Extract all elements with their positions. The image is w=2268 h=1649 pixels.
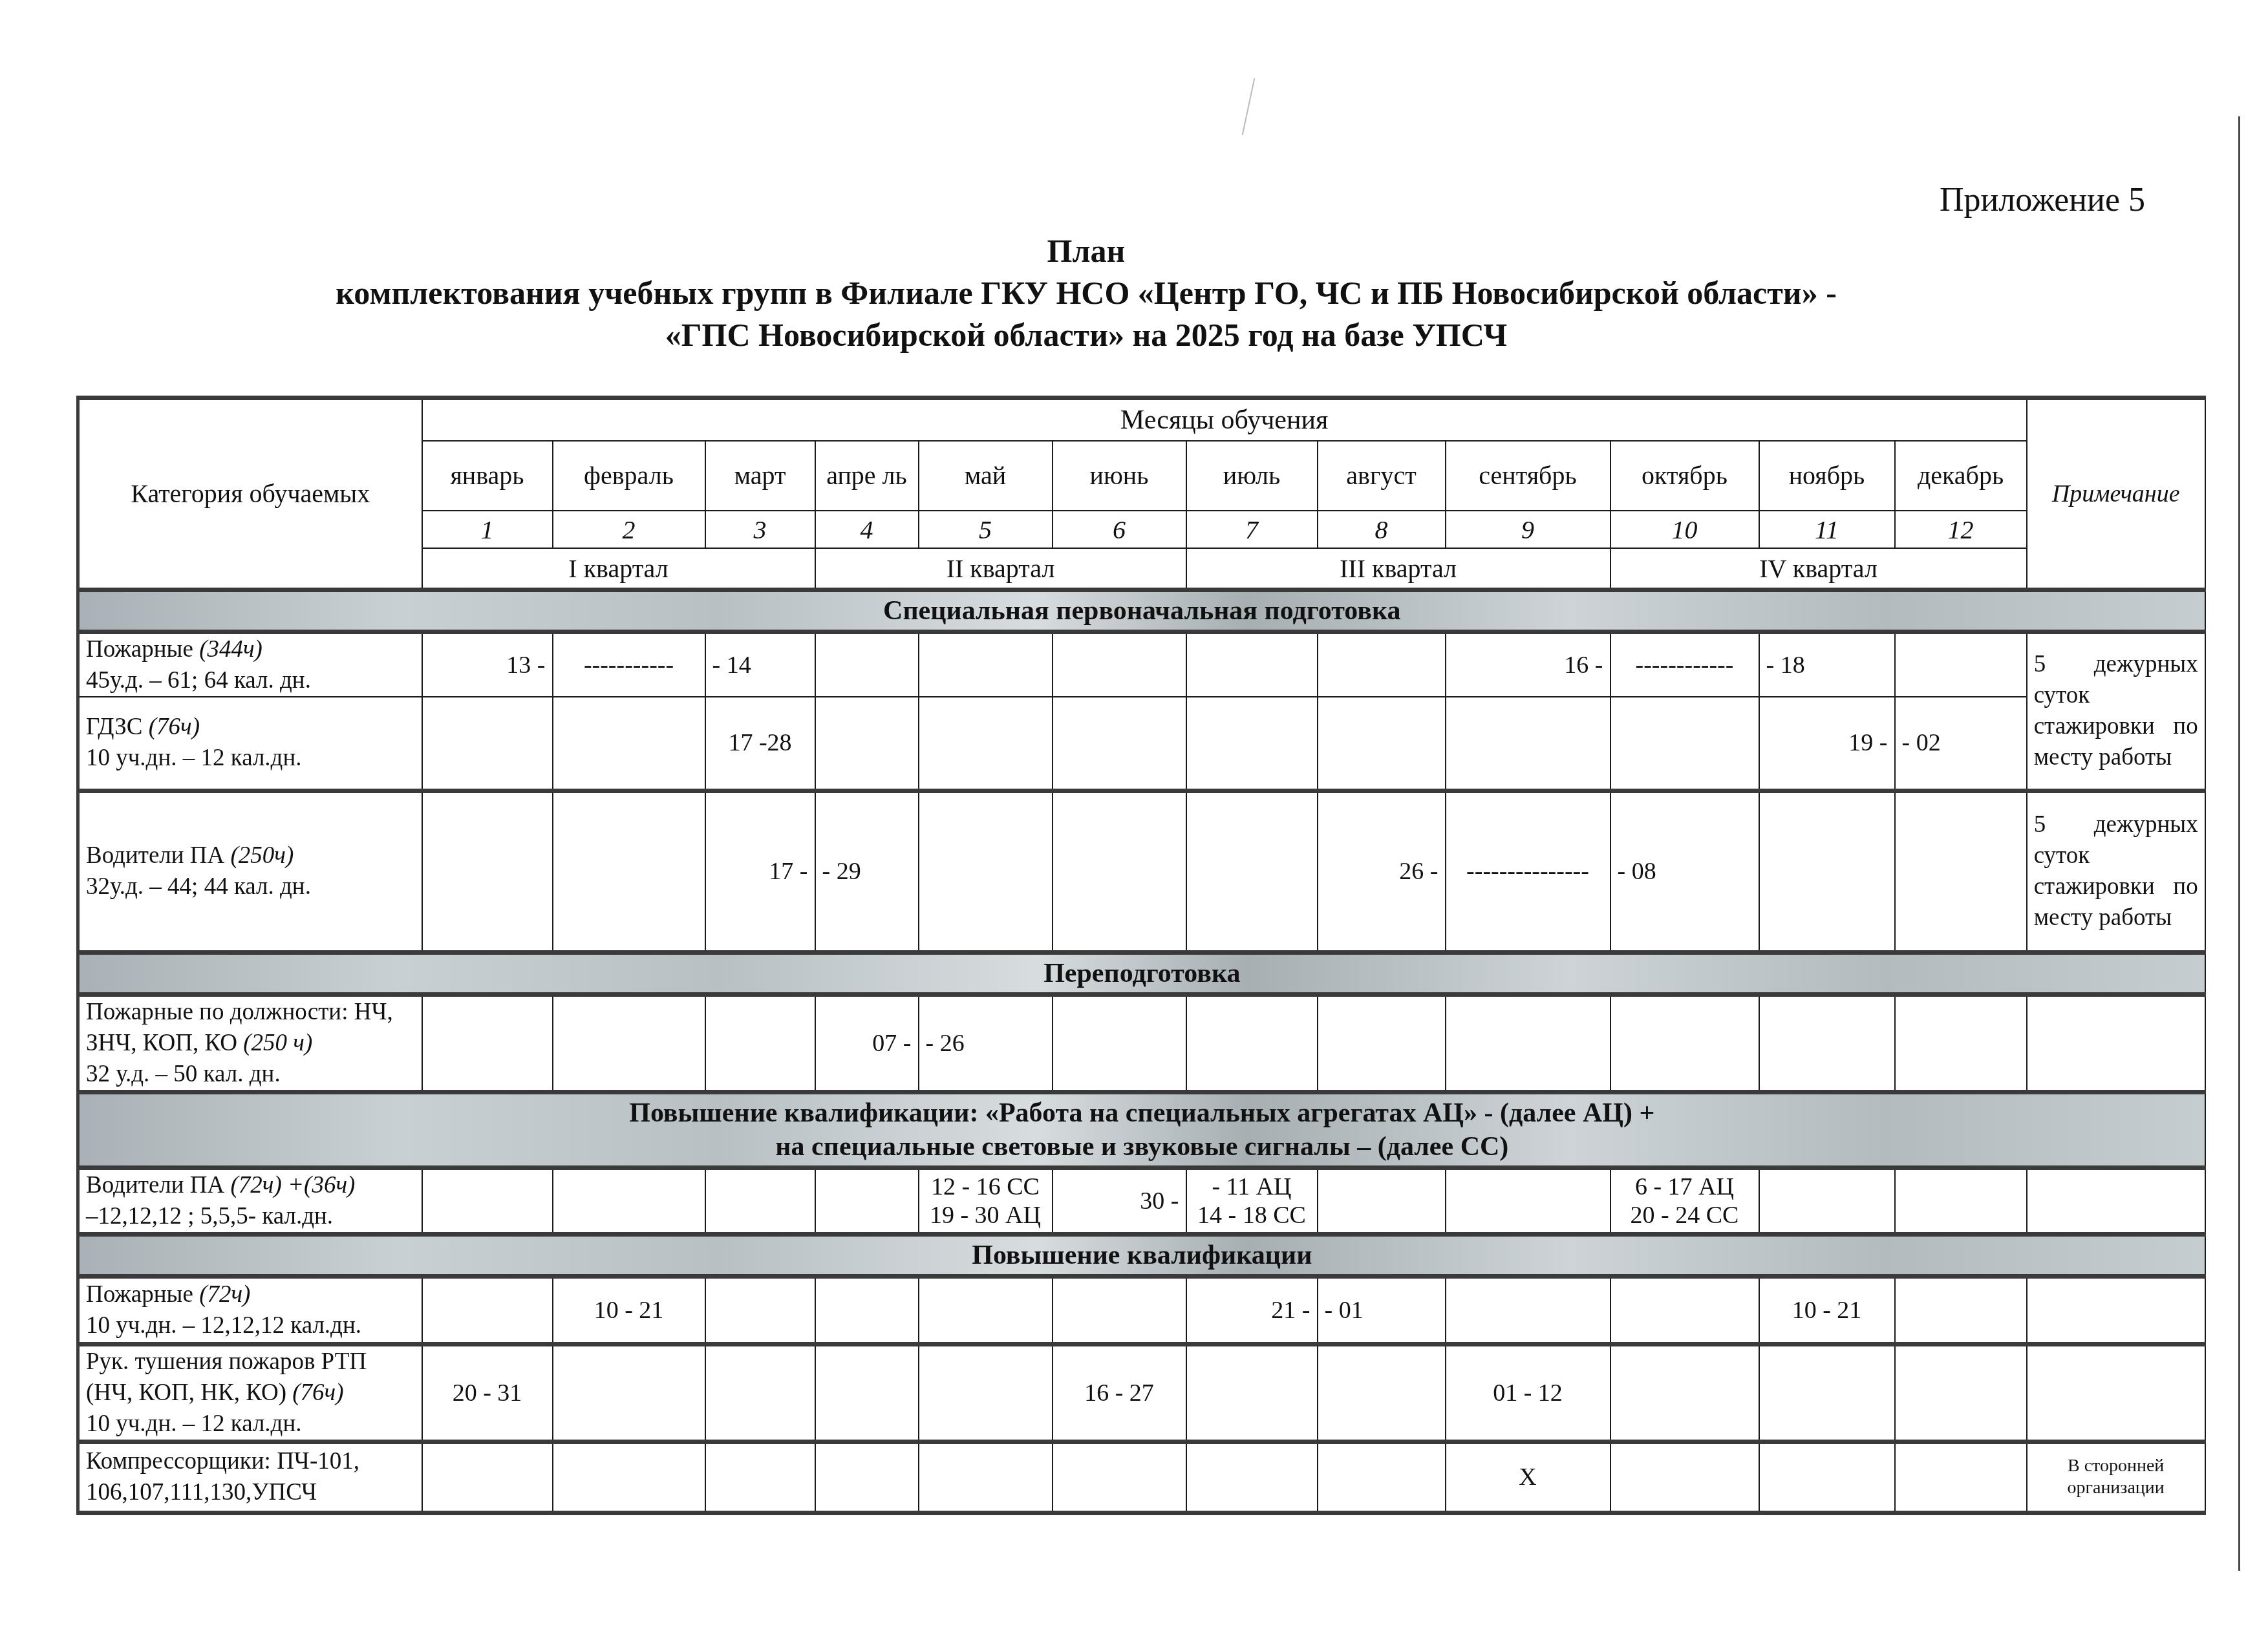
scan-artifact-line — [2238, 116, 2240, 1571]
month-header: январь — [422, 441, 553, 511]
month-cell — [1895, 1167, 2027, 1234]
category-cell: Пожарные (344ч)45у.д. – 61; 64 кал. дн. — [78, 632, 422, 697]
month-cell: Х — [1446, 1442, 1610, 1513]
category-details: 10 уч.дн. – 12 кал.дн. — [86, 745, 302, 771]
month-cell — [1895, 1276, 2027, 1344]
month-cell — [1610, 1276, 1759, 1344]
category-cell: Рук. тушения пожаров РТП (НЧ, КОП, НК, К… — [78, 1344, 422, 1442]
month-cell — [1053, 994, 1186, 1092]
month-cell: - 14 — [705, 632, 815, 697]
category-details: 10 уч.дн. – 12 кал.дн. — [86, 1410, 302, 1437]
table-row: Водители ПА (250ч)32у.д. – 44; 44 кал. д… — [78, 791, 2205, 952]
month-cell: ----------- — [553, 632, 705, 697]
month-cell: - 01 — [1318, 1276, 1446, 1344]
month-header: октябрь — [1610, 441, 1759, 511]
month-cell: - 08 — [1610, 791, 1759, 952]
table-row: Пожарные (72ч)10 уч.дн. – 12,12,12 кал.д… — [78, 1276, 2205, 1344]
doc-title: План — [84, 229, 2088, 272]
month-cell — [705, 1442, 815, 1513]
section-header-row: Специальная первоначальная подготовка — [78, 590, 2205, 632]
month-cell — [1186, 994, 1318, 1092]
category-details: 10 уч.дн. – 12,12,12 кал.дн. — [86, 1312, 361, 1339]
month-cell — [1895, 1442, 2027, 1513]
month-number: 4 — [815, 511, 919, 548]
category-details: –12,12,12 ; 5,5,5- кал.дн. — [86, 1203, 333, 1229]
month-header: ноябрь — [1759, 441, 1895, 511]
month-header: март — [705, 441, 815, 511]
quarter-label: II квартал — [815, 548, 1186, 590]
month-cell — [919, 791, 1053, 952]
month-number: 6 — [1053, 511, 1186, 548]
month-cell — [1053, 632, 1186, 697]
category-details: 32у.д. – 44; 44 кал. дн. — [86, 873, 311, 900]
month-cell — [815, 697, 919, 791]
month-cell — [919, 697, 1053, 791]
note-cell — [2027, 1167, 2205, 1234]
month-cell — [705, 994, 815, 1092]
month-cell — [1186, 697, 1318, 791]
category-details: 32 у.д. – 50 кал. дн. — [86, 1061, 281, 1087]
month-header: декабрь — [1895, 441, 2027, 511]
table-row: Компрессорщики: ПЧ-101, 106,107,111,130,… — [78, 1442, 2205, 1513]
month-cell — [1318, 994, 1446, 1092]
month-header: июнь — [1053, 441, 1186, 511]
month-cell — [553, 1344, 705, 1442]
category-hours: (250ч) — [231, 842, 294, 869]
month-cell — [1318, 1167, 1446, 1234]
month-cell: - 29 — [815, 791, 919, 952]
month-cell — [553, 1442, 705, 1513]
month-cell — [815, 632, 919, 697]
month-cell: 01 - 12 — [1446, 1344, 1610, 1442]
month-number: 5 — [919, 511, 1053, 548]
table-row: Пожарные (344ч)45у.д. – 61; 64 кал. дн.1… — [78, 632, 2205, 697]
month-cell — [1759, 1167, 1895, 1234]
quarter-label: I квартал — [422, 548, 815, 590]
month-number: 2 — [553, 511, 705, 548]
category-hours: (344ч) — [199, 636, 262, 663]
month-number: 9 — [1446, 511, 1610, 548]
note-cell: 5 дежурных суток стажировки по месту раб… — [2027, 791, 2205, 952]
month-cell — [1318, 697, 1446, 791]
section-header-row: Повышение квалификации: «Работа на специ… — [78, 1092, 2205, 1167]
month-cell: --------------- — [1446, 791, 1610, 952]
month-number: 1 — [422, 511, 553, 548]
month-header: апре ль — [815, 441, 919, 511]
month-header: август — [1318, 441, 1446, 511]
month-cell — [815, 1344, 919, 1442]
month-cell: 13 - — [422, 632, 553, 697]
month-cell: 17 -28 — [705, 697, 815, 791]
category-cell: ГДЗС (76ч)10 уч.дн. – 12 кал.дн. — [78, 697, 422, 791]
training-plan-table: Категория обучаемых Месяцы обучения Прим… — [76, 396, 2206, 1515]
month-cell — [1610, 1442, 1759, 1513]
month-cell: 12 - 16 СС19 - 30 АЦ — [919, 1167, 1053, 1234]
section-title-line: Повышение квалификации: «Работа на специ… — [86, 1096, 2198, 1130]
section-header-row: Переподготовка — [78, 952, 2205, 994]
category-name: Водители ПА — [86, 1172, 231, 1198]
category-name: ГДЗС — [86, 714, 149, 740]
section-title: Повышение квалификации: «Работа на специ… — [78, 1092, 2205, 1167]
scan-pencil-mark — [1242, 78, 1256, 135]
month-cell — [1186, 632, 1318, 697]
month-cell — [1053, 791, 1186, 952]
month-cell — [1759, 1442, 1895, 1513]
category-name: Компрессорщики: ПЧ-101, 106,107,111,130,… — [86, 1448, 359, 1505]
month-cell: - 26 — [919, 994, 1053, 1092]
quarter-label: III квартал — [1186, 548, 1610, 590]
month-cell — [1186, 1344, 1318, 1442]
month-cell — [1186, 791, 1318, 952]
quarter-label: IV квартал — [1610, 548, 2027, 590]
month-cell: 16 - — [1446, 632, 1610, 697]
month-number: 7 — [1186, 511, 1318, 548]
month-cell: - 02 — [1895, 697, 2027, 791]
month-cell — [422, 1442, 553, 1513]
month-cell — [815, 1167, 919, 1234]
month-number: 3 — [705, 511, 815, 548]
month-cell — [1318, 1442, 1446, 1513]
month-cell — [919, 1276, 1053, 1344]
month-cell — [422, 1276, 553, 1344]
category-cell: Компрессорщики: ПЧ-101, 106,107,111,130,… — [78, 1442, 422, 1513]
month-cell — [1759, 994, 1895, 1092]
month-cell: 30 - — [1053, 1167, 1186, 1234]
month-cell — [705, 1167, 815, 1234]
month-cell: 10 - 21 — [553, 1276, 705, 1344]
month-cell: 07 - — [815, 994, 919, 1092]
month-cell — [1318, 1344, 1446, 1442]
month-header: май — [919, 441, 1053, 511]
month-cell — [1610, 994, 1759, 1092]
section-title-line: на специальные световые и звуковые сигна… — [86, 1130, 2198, 1164]
month-cell — [815, 1442, 919, 1513]
month-cell — [1053, 1276, 1186, 1344]
month-cell — [919, 1344, 1053, 1442]
table-row: ГДЗС (76ч)10 уч.дн. – 12 кал.дн.17 -2819… — [78, 697, 2205, 791]
category-hours: (72ч) +(36ч) — [231, 1172, 356, 1198]
month-number: 12 — [1895, 511, 2027, 548]
month-cell — [1446, 1276, 1610, 1344]
month-number: 8 — [1318, 511, 1446, 548]
note-cell: В сторонней организации — [2027, 1442, 2205, 1513]
note-cell — [2027, 1344, 2205, 1442]
month-cell — [553, 697, 705, 791]
month-number: 11 — [1759, 511, 1895, 548]
section-title: Повышение квалификации — [78, 1234, 2205, 1276]
doc-subtitle-line2: «ГПС Новосибирской области» на 2025 год … — [84, 314, 2088, 356]
month-cell — [705, 1276, 815, 1344]
section-header-row: Повышение квалификации — [78, 1234, 2205, 1276]
months-caption: Месяцы обучения — [422, 398, 2027, 442]
month-cell — [1318, 632, 1446, 697]
month-cell — [1053, 697, 1186, 791]
month-cell: 26 - — [1318, 791, 1446, 952]
month-cell — [1446, 1167, 1610, 1234]
month-cell — [1186, 1442, 1318, 1513]
month-cell: 19 - — [1759, 697, 1895, 791]
month-cell — [919, 1442, 1053, 1513]
month-cell: - 11 АЦ14 - 18 СС — [1186, 1167, 1318, 1234]
month-cell — [1446, 697, 1610, 791]
table-row: Водители ПА (72ч) +(36ч)–12,12,12 ; 5,5,… — [78, 1167, 2205, 1234]
category-name: Пожарные — [86, 636, 199, 663]
month-cell — [1610, 697, 1759, 791]
month-cell — [1446, 994, 1610, 1092]
doc-subtitle-line1: комплектования учебных групп в Филиале Г… — [84, 271, 2088, 314]
month-cell — [815, 1276, 919, 1344]
month-cell — [919, 632, 1053, 697]
table-row: Рук. тушения пожаров РТП (НЧ, КОП, НК, К… — [78, 1344, 2205, 1442]
category-cell: Пожарные (72ч)10 уч.дн. – 12,12,12 кал.д… — [78, 1276, 422, 1344]
month-cell: 20 - 31 — [422, 1344, 553, 1442]
month-cell — [1895, 994, 2027, 1092]
month-cell — [1053, 1442, 1186, 1513]
month-cell: 6 - 17 АЦ20 - 24 СС — [1610, 1167, 1759, 1234]
category-hours: (76ч) — [149, 714, 200, 740]
month-cell: ------------ — [1610, 632, 1759, 697]
month-number: 10 — [1610, 511, 1759, 548]
table-row: Пожарные по должности: НЧ, ЗНЧ, КОП, КО … — [78, 994, 2205, 1092]
note-cell — [2027, 1276, 2205, 1344]
month-cell: 21 - — [1186, 1276, 1318, 1344]
month-cell: 10 - 21 — [1759, 1276, 1895, 1344]
month-cell — [1759, 1344, 1895, 1442]
category-details: 45у.д. – 61; 64 кал. дн. — [86, 667, 311, 694]
category-name: Водители ПА — [86, 842, 231, 869]
month-cell — [553, 791, 705, 952]
category-cell: Пожарные по должности: НЧ, ЗНЧ, КОП, КО … — [78, 994, 422, 1092]
month-header: сентябрь — [1446, 441, 1610, 511]
month-cell — [422, 1167, 553, 1234]
month-cell — [1610, 1344, 1759, 1442]
category-header: Категория обучаемых — [78, 398, 422, 590]
month-cell: 16 - 27 — [1053, 1344, 1186, 1442]
note-cell: 5 дежурных суток стажировки по месту раб… — [2027, 632, 2205, 791]
month-cell — [1895, 1344, 2027, 1442]
category-cell: Водители ПА (250ч)32у.д. – 44; 44 кал. д… — [78, 791, 422, 952]
month-cell: 17 - — [705, 791, 815, 952]
month-cell — [1895, 632, 2027, 697]
category-hours: (72ч) — [199, 1281, 250, 1308]
category-hours: (76ч) — [292, 1379, 343, 1406]
appendix-label: Приложение 5 — [1940, 181, 2145, 219]
month-cell — [705, 1344, 815, 1442]
section-title: Специальная первоначальная подготовка — [78, 590, 2205, 632]
month-cell: - 18 — [1759, 632, 1895, 697]
month-cell — [553, 1167, 705, 1234]
month-cell — [422, 697, 553, 791]
note-cell — [2027, 994, 2205, 1092]
section-title: Переподготовка — [78, 952, 2205, 994]
month-cell — [1759, 791, 1895, 952]
category-name: Пожарные по должности: НЧ, ЗНЧ, КОП, КО — [86, 999, 393, 1056]
month-cell — [553, 994, 705, 1092]
month-header: июль — [1186, 441, 1318, 511]
month-header: февраль — [553, 441, 705, 511]
month-cell — [422, 994, 553, 1092]
category-hours: (250 ч) — [243, 1030, 312, 1056]
month-cell — [1895, 791, 2027, 952]
category-cell: Водители ПА (72ч) +(36ч)–12,12,12 ; 5,5,… — [78, 1167, 422, 1234]
note-header: Примечание — [2027, 398, 2205, 590]
category-name: Пожарные — [86, 1281, 199, 1308]
month-cell — [422, 791, 553, 952]
